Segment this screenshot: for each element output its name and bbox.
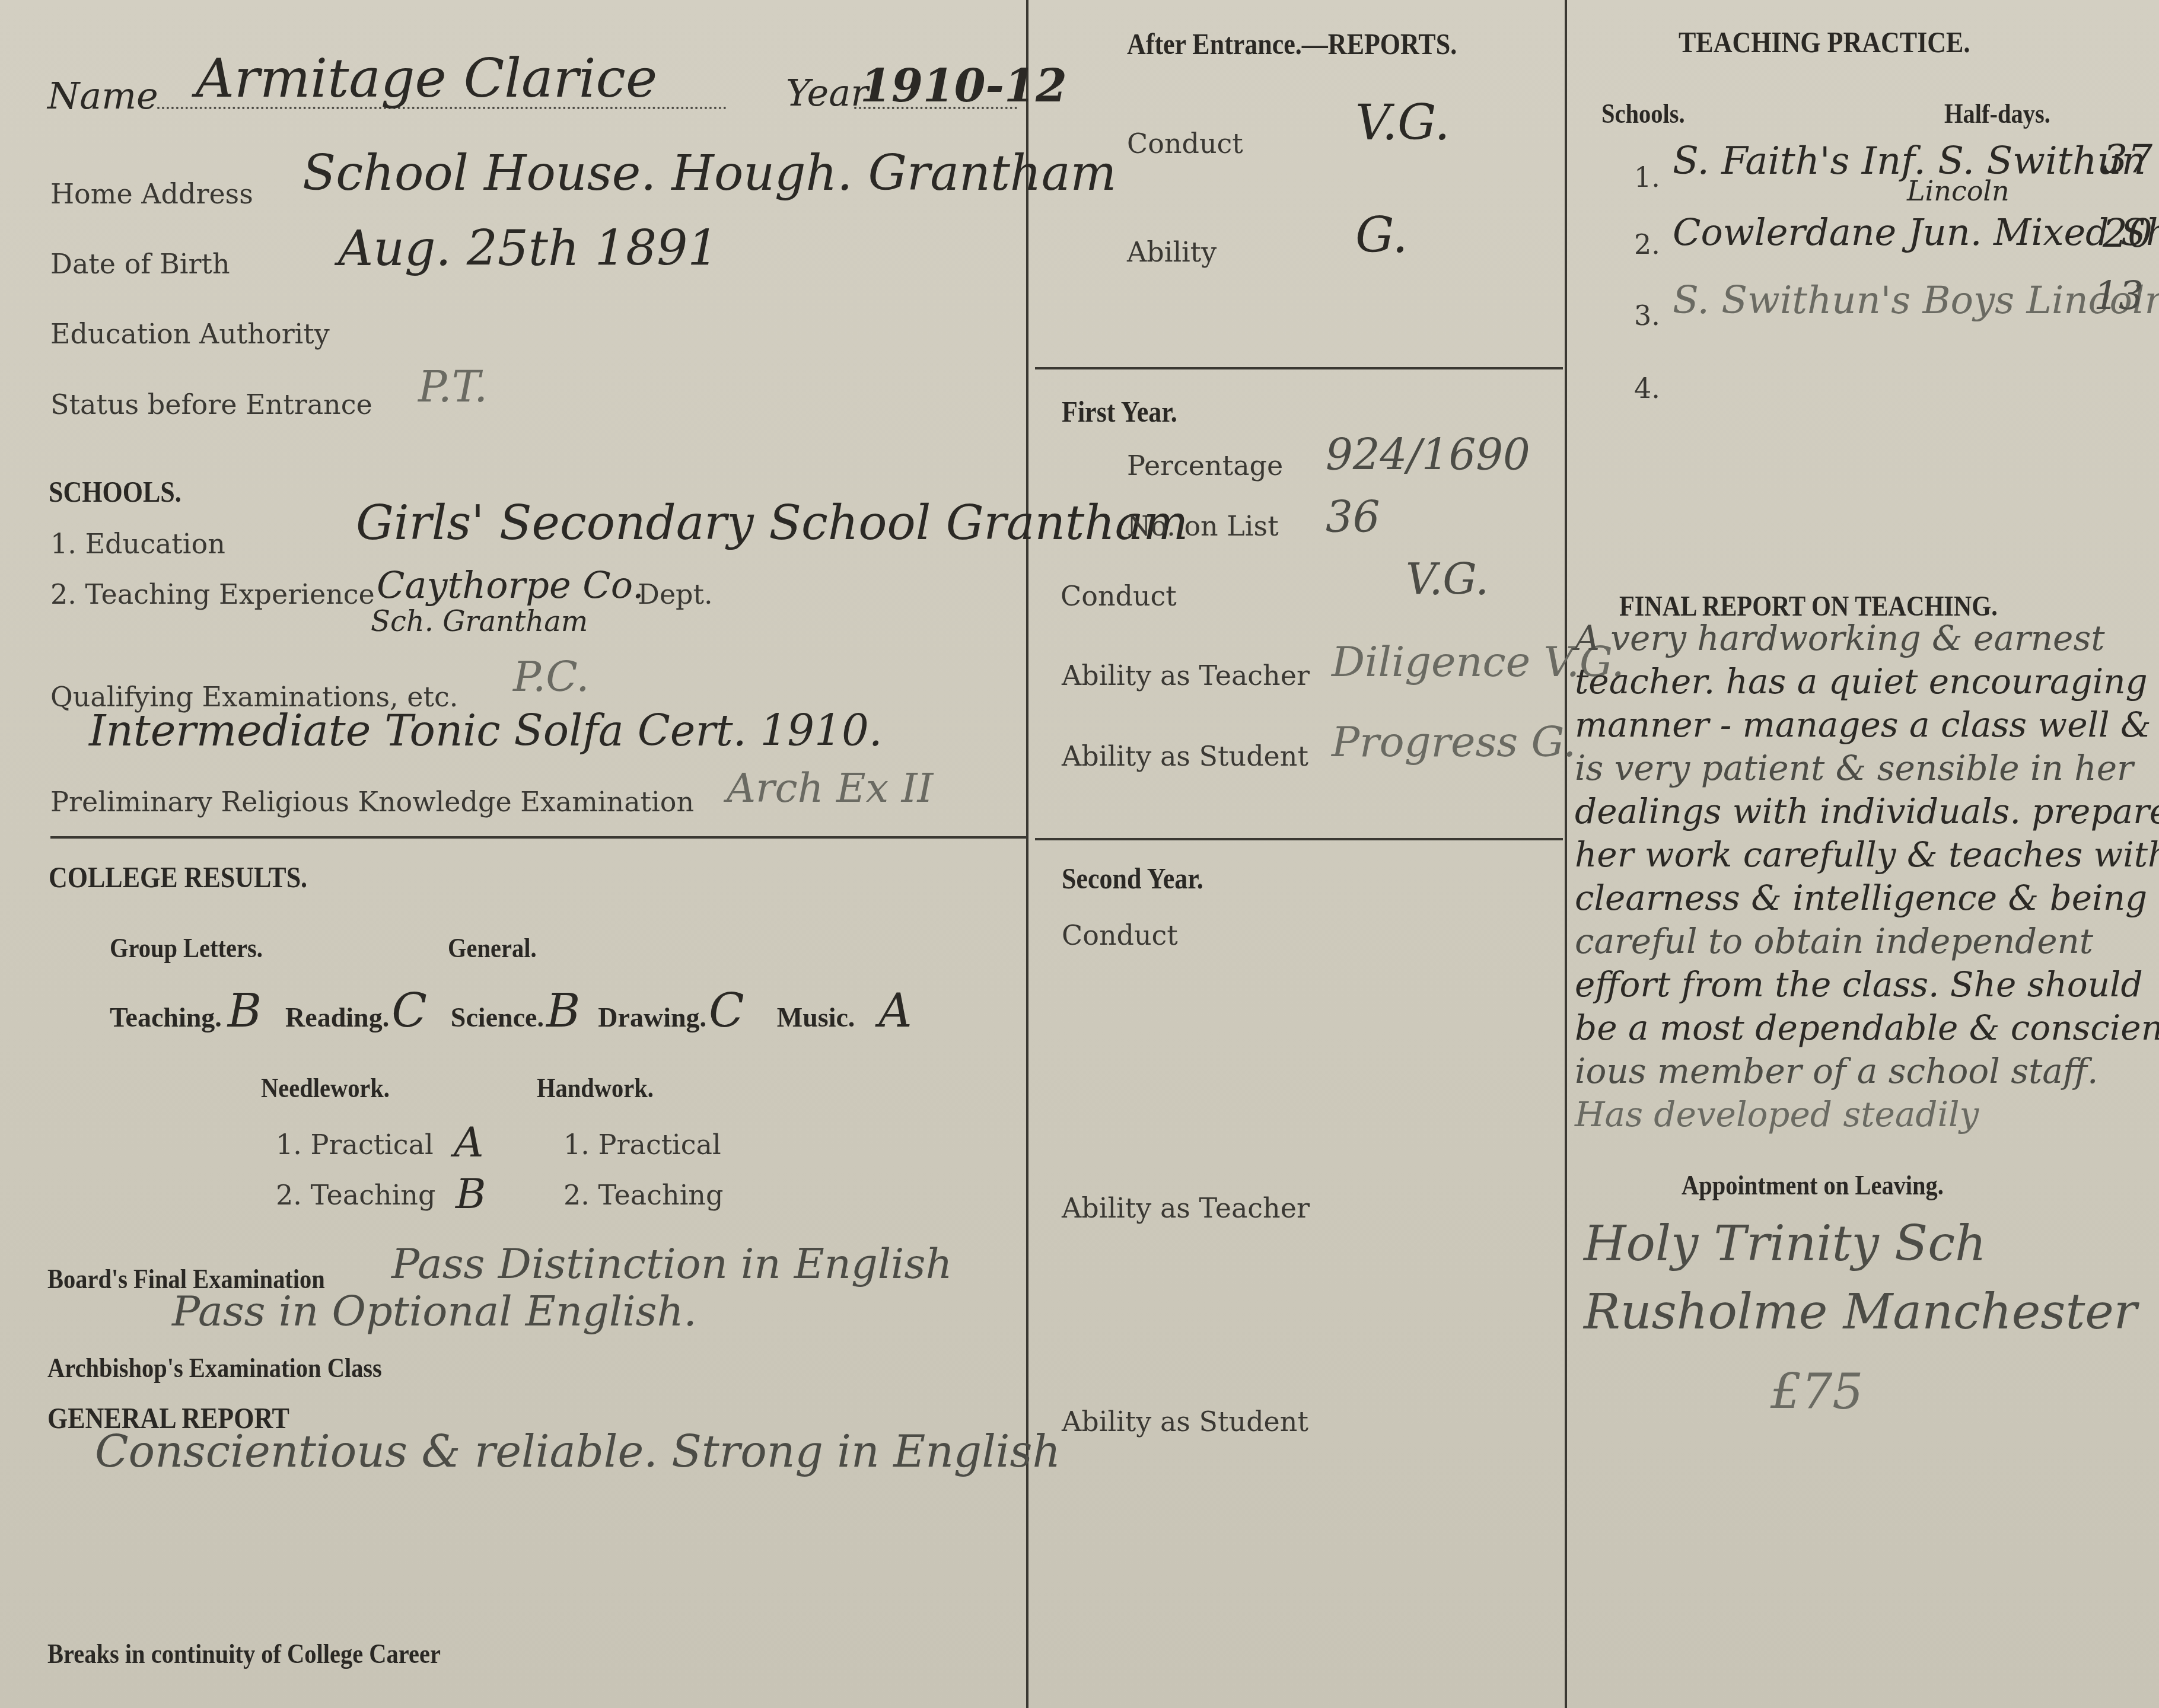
breaks-continuity-label: Breaks in continuity of College Career	[47, 1638, 441, 1669]
grade-reading-label: Reading.	[285, 1002, 389, 1033]
general-report-value: Conscientious & reliable. Strong in Engl…	[95, 1426, 1061, 1477]
qualifying-exams-value-1: P.C.	[513, 652, 589, 701]
qualifying-exams-value-2: Intermediate Tonic Solfa Cert. 1910.	[89, 706, 883, 756]
needlework-teaching-value: B	[456, 1170, 486, 1218]
row-number: 1.	[1634, 161, 1660, 193]
status-value: P.T.	[418, 362, 488, 412]
boards-final-value-2: Pass in Optional English.	[172, 1287, 697, 1336]
after-entrance-conduct-value: V.G.	[1355, 95, 1450, 151]
halfdays-value: 20	[2103, 211, 2152, 256]
section-divider-second-year	[1035, 838, 1563, 840]
needlework-teaching-label: 2. Teaching	[276, 1179, 435, 1211]
after-entrance-ability-value: G.	[1355, 208, 1408, 264]
grade-music-label: Music.	[777, 1002, 855, 1033]
needlework-practical-value: A	[454, 1118, 484, 1167]
education-value: Girls' Secondary School Grantham	[356, 495, 1188, 550]
halfdays-value: 13	[2094, 273, 2144, 318]
handwork-label: Handwork.	[537, 1072, 654, 1104]
first-year-list-label: No. on List	[1127, 510, 1279, 542]
education-label: 1. Education	[50, 528, 225, 560]
reports-heading: After Entrance.—REPORTS.	[1127, 27, 1457, 61]
final-report-text: A very hardworking & earnest teacher. ha…	[1575, 617, 2156, 1136]
needlework-practical-label: 1. Practical	[276, 1129, 434, 1161]
second-year-student-label: Ability as Student	[1062, 1406, 1308, 1438]
first-year-student-label: Ability as Student	[1062, 740, 1308, 772]
row-number: 4.	[1634, 372, 1660, 404]
school-subline: Lincoln	[1907, 175, 2010, 207]
final-report-line: Has developed steadily	[1575, 1093, 2156, 1136]
dob-label: Date of Birth	[50, 248, 230, 280]
year-value: 1910-12	[860, 59, 1067, 112]
final-report-line: effort from the class. She should	[1575, 963, 2156, 1006]
prelim-religious-label: Preliminary Religious Knowledge Examinat…	[50, 786, 694, 818]
halfdays-column-label: Half-days.	[1944, 98, 2050, 129]
final-report-line: teacher. has a quiet encouraging	[1575, 660, 2156, 703]
first-year-heading: First Year.	[1062, 394, 1177, 429]
first-year-conduct-label: Conduct	[1061, 580, 1177, 612]
school-name: S. Swithun's Boys Lincoln	[1673, 279, 2159, 323]
after-entrance-conduct-label: Conduct	[1127, 128, 1243, 160]
handwork-teaching-label: 2. Teaching	[563, 1179, 723, 1211]
education-authority-label: Education Authority	[50, 318, 330, 350]
first-year-list-value: 36	[1326, 492, 1380, 542]
grade-science-label: Science.	[451, 1002, 544, 1033]
grade-drawing-value: C	[709, 984, 744, 1038]
after-entrance-ability-label: Ability	[1127, 236, 1217, 268]
dept-label: Dept.	[638, 578, 713, 610]
section-divider-college	[50, 836, 1026, 839]
school-name: Cowlerdane Jun. Mixed Sheffield	[1673, 211, 2159, 254]
grade-drawing-label: Drawing.	[598, 1002, 706, 1033]
general-label: General.	[448, 932, 537, 964]
grade-science-value: B	[546, 984, 580, 1038]
handwork-practical-label: 1. Practical	[563, 1129, 721, 1161]
grade-teaching-label: Teaching.	[110, 1002, 222, 1033]
name-label: Name	[47, 74, 158, 117]
final-report-line: manner - manages a class well &	[1575, 703, 2156, 747]
group-letters-label: Group Letters.	[110, 932, 263, 964]
final-report-line: careful to obtain independent	[1575, 920, 2156, 963]
second-year-heading: Second Year.	[1062, 861, 1203, 896]
second-year-teacher-label: Ability as Teacher	[1062, 1192, 1310, 1224]
teaching-experience-label: 2. Teaching Experience	[50, 578, 375, 610]
teaching-practice-heading: TEACHING PRACTICE.	[1679, 25, 1970, 59]
first-year-student-value: Progress G.	[1332, 718, 1576, 766]
final-report-line: dealings with individuals. prepares	[1575, 790, 2156, 833]
appointment-location: Rusholme Manchester	[1584, 1284, 2137, 1340]
appointment-salary: £75	[1770, 1364, 1864, 1420]
grade-reading-value: C	[391, 984, 427, 1038]
final-report-line: ious member of a school staff.	[1575, 1050, 2156, 1093]
final-report-line: her work carefully & teaches with	[1575, 833, 2156, 877]
first-year-conduct-value: V.G.	[1406, 555, 1489, 604]
teaching-experience-value-1: Caythorpe Co.	[377, 563, 644, 607]
home-address-label: Home Address	[50, 178, 253, 210]
appointment-school: Holy Trinity Sch	[1584, 1216, 1986, 1272]
grade-music-value: A	[878, 984, 912, 1038]
final-report-line: A very hardworking & earnest	[1575, 617, 2156, 660]
home-address-value: School House. Hough. Grantham	[302, 145, 1116, 202]
final-report-line: is very patient & sensible in her	[1575, 747, 2156, 790]
name-value: Armitage Clarice	[196, 47, 657, 110]
dob-value: Aug. 25th 1891	[338, 221, 719, 277]
first-year-teacher-label: Ability as Teacher	[1062, 659, 1310, 692]
schools-column-label: Schools.	[1601, 98, 1685, 129]
grade-teaching-value: B	[228, 984, 262, 1038]
archbishop-exam-label: Archbishop's Examination Class	[47, 1352, 382, 1384]
teaching-experience-value-2: Sch. Grantham	[371, 605, 588, 638]
row-number: 2.	[1634, 228, 1660, 260]
status-label: Status before Entrance	[50, 388, 372, 420]
boards-final-value-1: Pass Distinction in English	[391, 1239, 953, 1288]
prelim-religious-value: Arch Ex II	[727, 765, 933, 812]
final-report-line: be a most dependable & conscient-	[1575, 1006, 2156, 1050]
first-year-percentage-label: Percentage	[1127, 450, 1283, 482]
college-results-heading: COLLEGE RESULTS.	[49, 860, 307, 894]
row-number: 3.	[1634, 299, 1660, 332]
halfdays-value: 37	[2103, 136, 2152, 182]
final-report-line: clearness & intelligence & being	[1575, 877, 2156, 920]
column-divider-right	[1565, 0, 1567, 1708]
student-record-card: Name Armitage Clarice Year 1910-12 Home …	[0, 0, 2159, 1708]
schools-heading: SCHOOLS.	[49, 474, 181, 509]
section-divider-first-year	[1035, 367, 1563, 369]
second-year-conduct-label: Conduct	[1062, 919, 1178, 951]
needlework-label: Needlework.	[261, 1072, 390, 1104]
appointment-heading: Appointment on Leaving.	[1682, 1170, 1944, 1201]
first-year-percentage-value: 924/1690	[1326, 430, 1530, 480]
grades-row: Teaching. B Reading. C Science. B Drawin…	[110, 984, 912, 1038]
